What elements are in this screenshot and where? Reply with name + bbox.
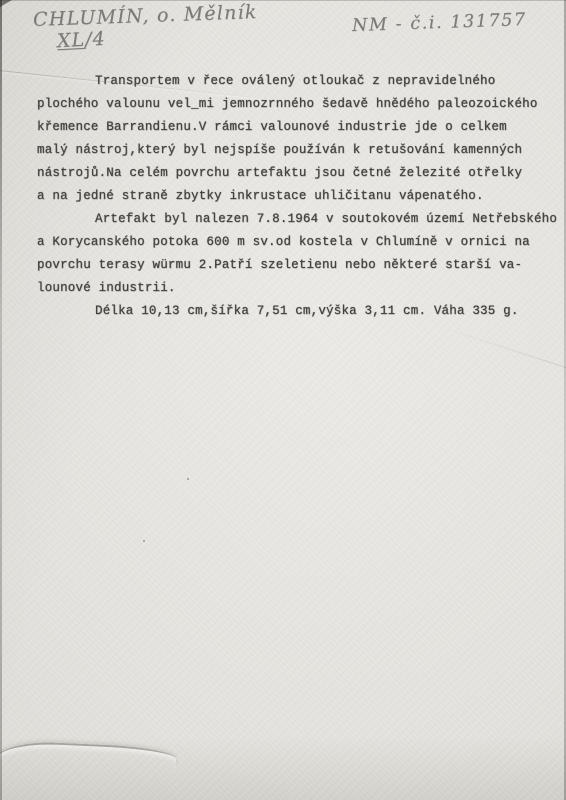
typed-line: křemence Barrandienu.V rámci valounové i…: [37, 116, 545, 139]
crease-mark: [436, 325, 566, 380]
paper-speck: [187, 478, 189, 480]
paper-speck: [143, 540, 145, 542]
typed-line: Artefakt byl nalezen 7.8.1964 v soutokov…: [37, 208, 545, 231]
scan-edge-left: [0, 0, 2, 800]
scan-corner-mark: [0, 0, 12, 7]
handwritten-site-label: CHLUMÍN, o. Mělník: [33, 1, 258, 31]
fold-mark: [0, 740, 176, 768]
typed-line: lounové industrii.: [37, 277, 545, 300]
typed-text-block: Transportem v řece oválený otloukač z ne…: [37, 70, 545, 323]
typed-line: povrchu terasy würmu 2.Patří szeletienu …: [37, 254, 545, 277]
scan-edge-top: [0, 0, 566, 1]
typed-line: plochého valounu vel_mi jemnozrnného šed…: [37, 93, 545, 116]
scanned-document-page: CHLUMÍN, o. Mělník XL/4 NM - č.i. 131757…: [0, 0, 566, 800]
typed-line: Délka 10,13 cm,šířka 7,51 cm,výška 3,11 …: [37, 300, 545, 323]
typed-line: a na jedné straně zbytky inkrustace uhli…: [37, 185, 545, 208]
handwritten-catalog-number: XL/4: [56, 28, 106, 53]
typed-line: malý nástroj,který byl nejspíše používán…: [37, 139, 545, 162]
catalog-roman-numeral: XL: [56, 29, 85, 52]
typed-line: a Korycanského potoka 600 m sv.od kostel…: [37, 231, 545, 254]
handwritten-inventory-number: NM - č.i. 131757: [352, 10, 527, 36]
catalog-suffix: /4: [85, 28, 107, 51]
typed-line: Transportem v řece oválený otloukač z ne…: [37, 70, 545, 93]
typed-line: nástrojů.Na celém povrchu artefaktu jsou…: [37, 162, 545, 185]
